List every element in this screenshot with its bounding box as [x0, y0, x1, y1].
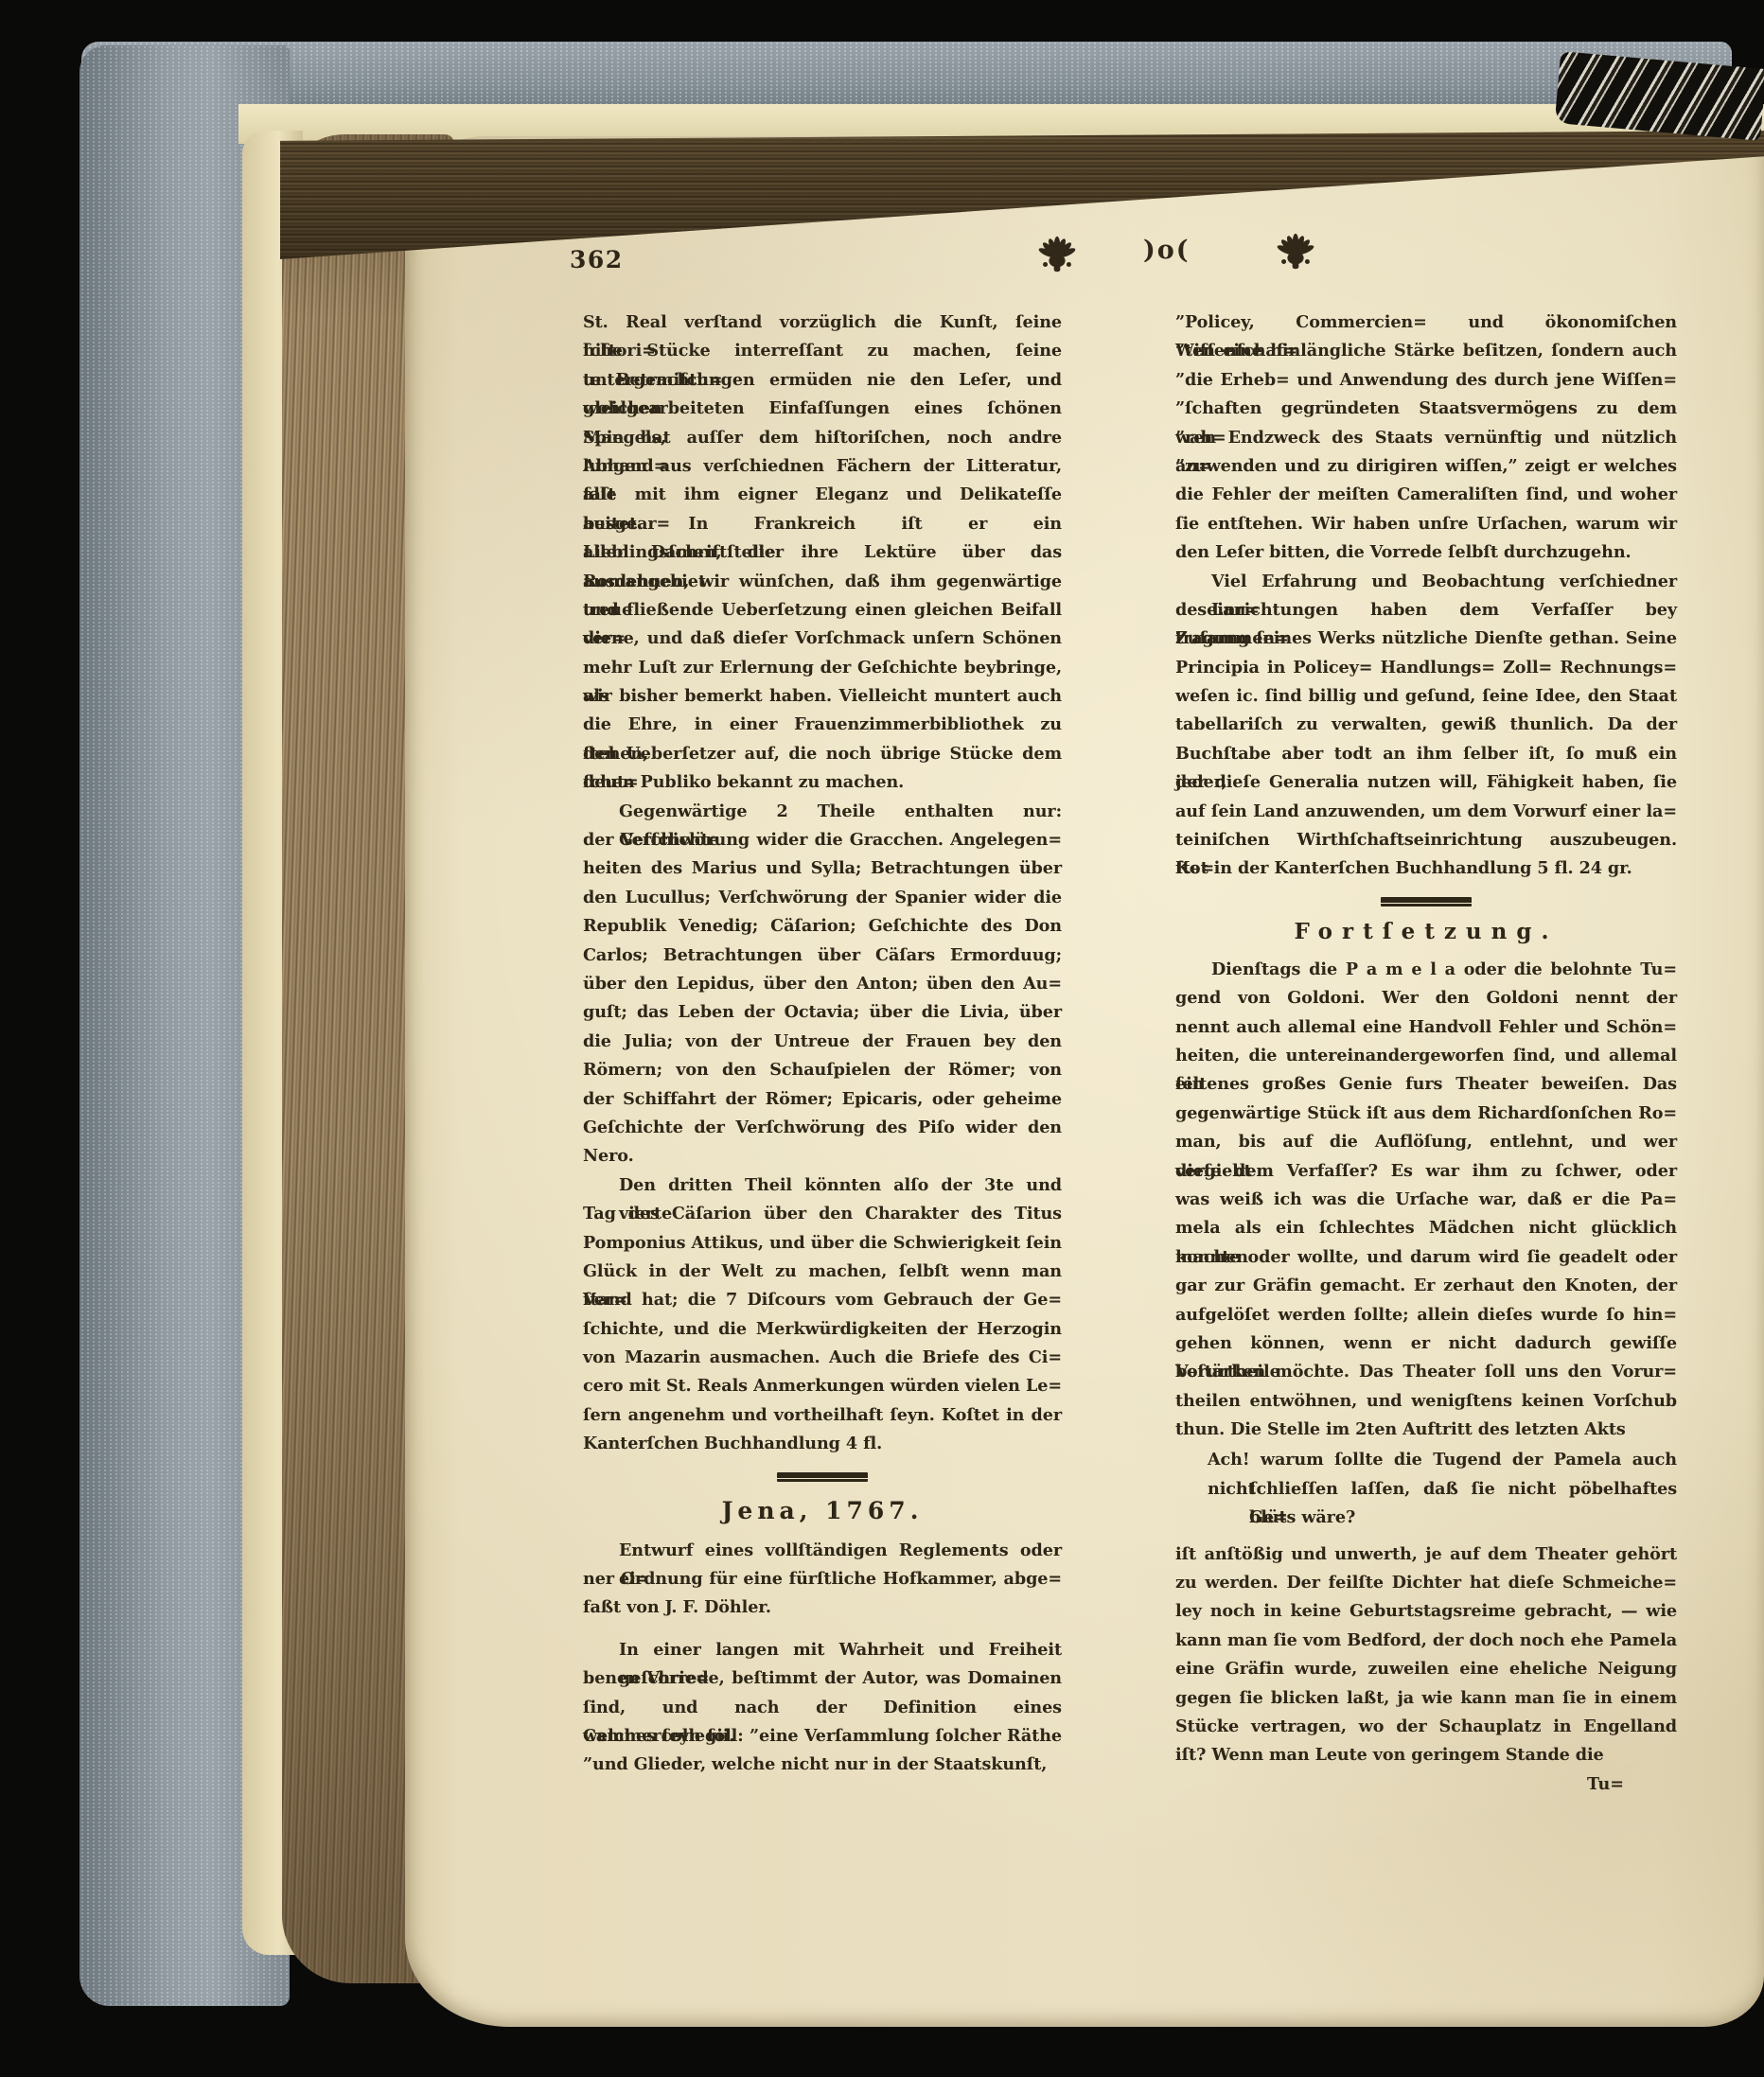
text-line: ley noch in keine Geburtstagsreime gebra…: [1175, 1597, 1677, 1626]
text-line: was weiß ich was die Urſache war, daß er…: [1175, 1186, 1677, 1214]
text-line: iſt? Wenn man Leute von geringem Stande …: [1175, 1741, 1677, 1769]
paragraph: iſt anſtößig und unwerth, je auf dem The…: [1175, 1540, 1677, 1770]
shell-ornament-icon: [1274, 230, 1317, 272]
text-line: kann man ſie vom Bedford, der doch noch …: [1175, 1627, 1677, 1655]
section-divider-rule: [583, 1472, 1062, 1482]
text-line: ſind, und nach der Definition eines Camm…: [583, 1694, 1062, 1722]
text-line: der dieſe Generalia nutzen will, Fähigke…: [1175, 768, 1677, 797]
text-line: Den dritten Theil könnten alſo der 3te u…: [583, 1171, 1062, 1200]
text-line: wohlgearbeiteten Einfaſſungen eines ſchö…: [583, 395, 1062, 423]
quote-line: blüts wäre?: [1175, 1504, 1677, 1532]
section-heading: Jena, 1767.: [583, 1497, 1062, 1525]
verse-quote: Ach! warum ſollte die Tugend der Pamela …: [1175, 1446, 1677, 1532]
text-line: Gegenwärtige 2 Theile enthalten nur: Geſ…: [583, 798, 1062, 826]
paragraph: Den dritten Theil könnten alſo der 3te u…: [583, 1171, 1062, 1459]
section-divider-rule: [1175, 897, 1677, 906]
text-line: St. Real verſtand vorzüglich die Kunſt, …: [583, 308, 1062, 337]
text-line: Carlos; Betrachtungen über Cäſars Ermord…: [583, 942, 1062, 970]
text-line: ”die Erheb= und Anwendung des durch jene…: [1175, 366, 1677, 395]
section-heading: Fortſetzung.: [1175, 918, 1677, 946]
text-line: guſt; das Leben der Octavia; über die Li…: [583, 998, 1062, 1027]
text-line: ſchichte, und die Merkwürdigkeiten der H…: [583, 1315, 1062, 1344]
book-page: 184 362 )o(: [405, 136, 1764, 2027]
text-line: nennt auch allemal eine Handvoll Fehler …: [1175, 1013, 1677, 1042]
text-line: gehen können, wenn er nicht dadurch gewi…: [1175, 1329, 1677, 1358]
text-line: Pomponius Attikus, und über die Schwieri…: [583, 1229, 1062, 1258]
paragraph: Entwurf eines vollſtändigen Reglements o…: [583, 1537, 1062, 1623]
text-line: alle mit ihm eigner Eleganz und Delikate…: [583, 481, 1062, 509]
text-line: Viel Erfahrung und Beobachtung verſchied…: [1175, 568, 1677, 596]
text-line: ”ren Endzweck des Staats vernünftig und …: [1175, 424, 1677, 452]
catchword: Tu=: [1175, 1770, 1677, 1799]
text-line: In einer langen mit Wahrheit und Freihei…: [583, 1636, 1062, 1664]
text-line: und fließende Ueberſetzung einen gleiche…: [583, 596, 1062, 625]
text-line: gegen ſie blicken laßt, ja wie kann man …: [1175, 1684, 1677, 1713]
text-line: Nero.: [583, 1142, 1062, 1171]
text-line: tabellariſch zu verwalten, gewiß thunlic…: [1175, 711, 1677, 739]
text-line: iſt anſtößig und unwerth, je auf dem The…: [1175, 1540, 1677, 1569]
quote-line: ſchlieſſen laſſen, daß ſie nicht pöbelha…: [1175, 1475, 1677, 1504]
text-line: ſtand hat; die 7 Diſcours vom Gebrauch d…: [583, 1286, 1062, 1314]
right-column: ”Policey, Commercien= und ökonomiſchen W…: [1175, 308, 1677, 1799]
paragraph: Gegenwärtige 2 Theile enthalten nur: Geſ…: [583, 798, 1062, 1171]
page-number: 362: [570, 246, 624, 273]
text-line: te Betrachtungen ermüden nie den Leſer, …: [583, 366, 1062, 395]
text-line: die Fehler der meiſten Cameraliſten ſind…: [1175, 481, 1677, 509]
text-line: ”zuwenden und zu dirigiren wiſſen,” zeig…: [1175, 452, 1677, 481]
text-line: konnte oder wollte, und darum wird ſie g…: [1175, 1243, 1677, 1272]
text-line: Dienſtags die P a m e l a oder die beloh…: [1175, 956, 1677, 984]
text-line: mehr Luſt zur Erlernung der Geſchichte b…: [583, 654, 1062, 682]
text-line: ner Ordnung für eine fürſtliche Hofkamme…: [583, 1565, 1062, 1593]
text-line: eine Gräfin wurde, zuweilen eine ehelich…: [1175, 1655, 1677, 1683]
text-line: welches ſeyn ſoll: ”eine Verſammlung ſol…: [583, 1722, 1062, 1751]
text-line: Stücke vertragen, wo der Schauplatz in E…: [1175, 1713, 1677, 1741]
text-line: theilen entwöhnen, und wenigſtens keinen…: [1175, 1387, 1677, 1416]
paragraph: ”Policey, Commercien= und ökonomiſchen W…: [1175, 308, 1677, 568]
text-line: ”ſchaften gegründeten Staatsvermögens zu…: [1175, 395, 1677, 423]
text-line: Tag des Cäſarion über den Charakter des …: [583, 1200, 1062, 1228]
text-line: cero mit St. Reals Anmerkungen würden vi…: [583, 1372, 1062, 1400]
text-line: benen Vorrede, beſtimmt der Autor, was D…: [583, 1664, 1062, 1693]
text-line: über den Lepidus, über den Anton; üben d…: [583, 970, 1062, 998]
text-line: deseinrichtungen haben dem Verfaſſer bey…: [1175, 596, 1677, 625]
text-line: ſchen Publiko bekannt zu machen.: [583, 768, 1062, 797]
text-line: der Verſchwörung wider die Gracchen. Ang…: [583, 826, 1062, 854]
text-line: aller Damen, die ihre Lektüre über das R…: [583, 538, 1062, 567]
text-line: ſtet in der Kanterſchen Buchhandlung 5 f…: [1175, 854, 1677, 883]
paragraph: Dienſtags die P a m e l a oder die beloh…: [1175, 956, 1677, 1445]
text-line: man, bis auf die Auflöſung, entlehnt, un…: [1175, 1128, 1677, 1156]
paragraph: In einer langen mit Wahrheit und Freihei…: [583, 1636, 1062, 1780]
signature-mark: )o(: [1143, 236, 1191, 265]
text-line: Glück in der Welt zu machen, ſelbſt wenn…: [583, 1258, 1062, 1286]
paragraph: St. Real verſtand vorzüglich die Kunſt, …: [583, 308, 1062, 798]
text-line: den Ueberſetzer auf, die noch übrige Stü…: [583, 740, 1062, 768]
text-line: Kanterſchen Buchhandlung 4 fl.: [583, 1430, 1062, 1458]
text-line: beſtärken möchte. Das Theater ſoll uns d…: [1175, 1358, 1677, 1386]
text-line: Geſchichte der Verſchwörung des Piſo wid…: [583, 1114, 1062, 1142]
text-line: auf ſein Land anzuwenden, um dem Vorwurf…: [1175, 798, 1677, 826]
text-line: den Leſer bitten, die Vorrede ſelbſt dur…: [1175, 538, 1677, 567]
text-line: Republik Venedig; Cäſarion; Geſchichte d…: [583, 912, 1062, 941]
text-line: Principia in Policey= Handlungs= Zoll= R…: [1175, 654, 1677, 682]
book-photo: 184 362 )o(: [0, 0, 1764, 2077]
divider-bar: [1381, 897, 1472, 906]
text-line: heiten des Marius und Sylla; Betrachtung…: [583, 854, 1062, 883]
text-line: diene, und daß dieſer Vorſchmack unſern …: [583, 625, 1062, 653]
left-column: St. Real verſtand vorzüglich die Kunſt, …: [583, 308, 1062, 1780]
text-line: ”ten eine hinlängliche Stärke beſitzen, …: [1175, 337, 1677, 365]
text-line: dieſe dem Verfaſſer? Es war ihm zu ſchwe…: [1175, 1157, 1677, 1186]
text-line: lungen aus verſchiednen Fächern der Litt…: [583, 452, 1062, 481]
text-line: wir bisher bemerkt haben. Vielleicht mun…: [583, 682, 1062, 711]
text-line: von Mazarin ausmachen. Auch die Briefe d…: [583, 1344, 1062, 1372]
text-line: den Lucullus; Verſchwörung der Spanier w…: [583, 884, 1062, 912]
text-line: der Schiffahrt der Römer; Epicaris, oder…: [583, 1085, 1062, 1114]
text-line: gar zur Gräfin gemacht. Er zerhaut den K…: [1175, 1272, 1677, 1300]
text-line: Entwurf eines vollſtändigen Reglements o…: [583, 1537, 1062, 1565]
divider-bar: [777, 1472, 868, 1482]
text-line: faßt von J. F. Döhler.: [583, 1593, 1062, 1622]
text-line: teiniſchen Wirthſchaftseinrichtung auszu…: [1175, 826, 1677, 854]
text-line: ”und Glieder, welche nicht nur in der St…: [583, 1751, 1062, 1779]
quote-line: Ach! warum ſollte die Tugend der Pamela …: [1175, 1446, 1677, 1474]
text-line: die Ehre, in einer Frauenzimmerbibliothe…: [583, 711, 1062, 739]
shell-ornament-icon: [1035, 233, 1079, 274]
text-line: weſen ic. ſind billig und geſund, ſeine …: [1175, 682, 1677, 711]
text-line: ſern angenehm und vortheilhaft ſeyn. Koſ…: [583, 1401, 1062, 1430]
text-line: zu werden. Der feilſte Dichter hat dieſe…: [1175, 1569, 1677, 1597]
text-line: die Julia; von der Untreue der Frauen be…: [583, 1028, 1062, 1056]
text-line: gegenwärtige Stück iſt aus dem Richardſo…: [1175, 1100, 1677, 1128]
text-line: mela als ein ſchlechtes Mädchen nicht gl…: [1175, 1214, 1677, 1242]
text-line: Römern; von den Schauſpielen der Römer; …: [583, 1056, 1062, 1084]
text-line: thun. Die Stelle im 2ten Auftritt des le…: [1175, 1416, 1677, 1444]
text-line: ausdehnen, wir wünſchen, daß ihm gegenwä…: [583, 568, 1062, 596]
text-line: ſche Stücke interreſſant zu machen, ſein…: [583, 337, 1062, 365]
text-line: beitet. In Frankreich iſt er ein Lieblin…: [583, 510, 1062, 538]
text-line: ſie entſtehen. Wir haben unſre Urſachen,…: [1175, 510, 1677, 538]
text-line: heiten, die untereinandergeworfen ſind, …: [1175, 1042, 1677, 1070]
text-line: Buchſtabe aber todt an ihm ſelber iſt, ſ…: [1175, 740, 1677, 768]
text-line: aufgelöſet werden ſollte; allein dieſes …: [1175, 1301, 1677, 1329]
text-line: gend von Goldoni. Wer den Goldoni nennt …: [1175, 984, 1677, 1012]
text-line: Man hat auſſer dem hiſtoriſchen, noch an…: [583, 424, 1062, 452]
paragraph: Viel Erfahrung und Beobachtung verſchied…: [1175, 568, 1677, 884]
text-line: ”Policey, Commercien= und ökonomiſchen W…: [1175, 308, 1677, 337]
text-line: tragung ſeines Werks nützliche Dienſte g…: [1175, 625, 1677, 653]
text-line: ſeltenes großes Genie furs Theater bewei…: [1175, 1070, 1677, 1099]
